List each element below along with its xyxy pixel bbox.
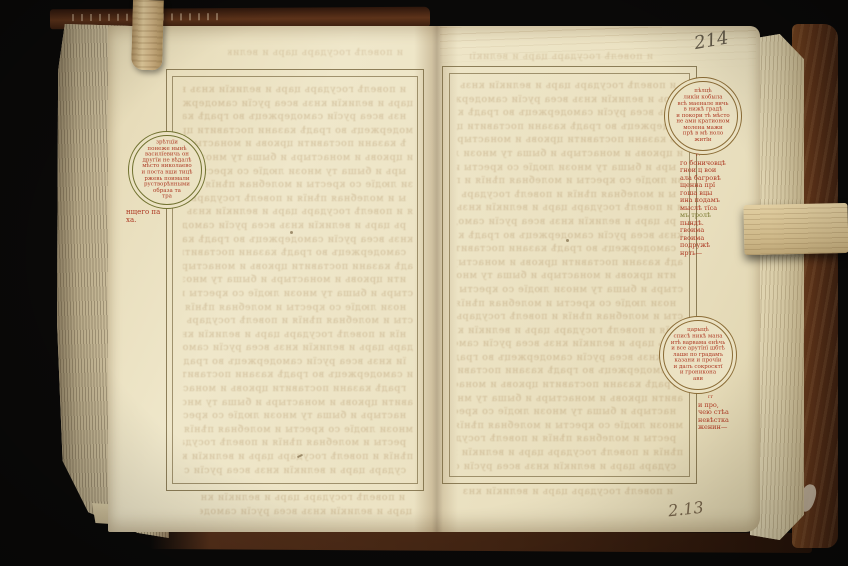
right-top-medallion: пѣлцѣликїи кобылавсѣ маенале вичьв нижѣ … bbox=[664, 77, 742, 155]
book-bottom-cover-edge bbox=[150, 529, 812, 553]
top-wooden-bookmark-stick bbox=[131, 0, 164, 70]
left-page-frame-inner bbox=[172, 76, 418, 484]
show-through-text: и повелѣ государь царь и великїи кнзь вс… bbox=[228, 46, 410, 60]
photo-of-open-manuscript-book: и повелѣ государь царь и великїи кнзь вс… bbox=[0, 0, 848, 566]
right-wooden-bookmark-tab bbox=[743, 203, 848, 255]
right-margin-rubric-column: г.го боничовцѣгнои ц воиала багровѣщенна… bbox=[680, 152, 746, 257]
right-bottom-medallion-text: царыцѣсписѣ никѣ манаитѣ варвама енѣчьи … bbox=[667, 324, 730, 387]
page-speck bbox=[566, 239, 569, 242]
left-medallion-caption: нщего паха. bbox=[126, 208, 182, 224]
show-through-text: и повелѣ государь царь и великїи кнзь вс… bbox=[470, 50, 660, 64]
left-margin-medallion: зрѣтцїипонеже нынѣвасилїевичь ондругїи н… bbox=[128, 131, 206, 209]
right-bottom-medallion-caption: гги про,чею стѣаневѣсткаженин— bbox=[698, 394, 756, 432]
right-page-frame-inner bbox=[449, 73, 690, 477]
left-medallion-text: зрѣтцїипонеже нынѣвасилїевичь ондругїи н… bbox=[136, 139, 199, 202]
right-top-medallion-text: пѣлцѣликїи кобылавсѣ маенале вичьв нижѣ … bbox=[672, 85, 735, 148]
show-through-text: и повелѣ государь царь и великїи кнзь вс… bbox=[462, 485, 680, 500]
show-through-text: и повелѣ государь царь и великїи кнзь вс… bbox=[200, 491, 412, 518]
right-bottom-medallion: царыцѣсписѣ никѣ манаитѣ варвама енѣчьи … bbox=[659, 316, 737, 394]
page-speck bbox=[290, 231, 293, 234]
